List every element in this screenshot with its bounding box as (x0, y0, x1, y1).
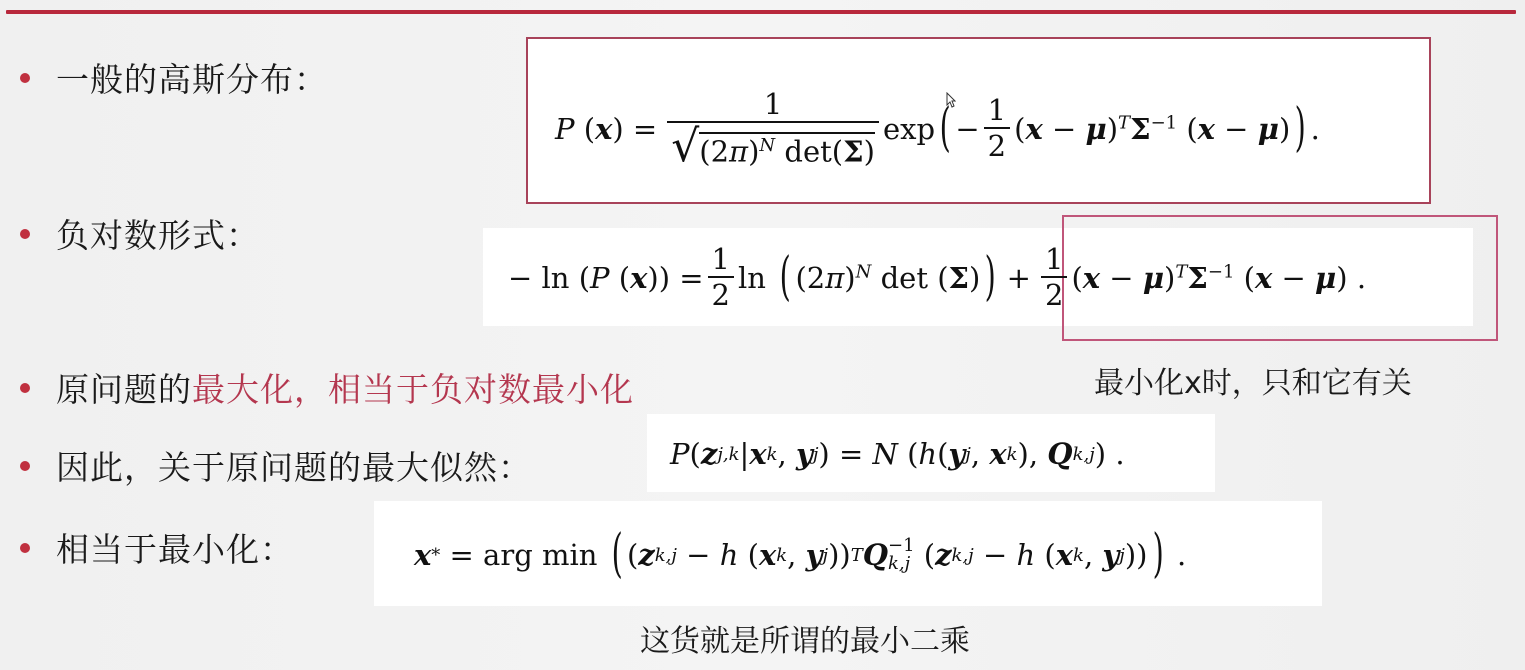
bullet-gaussian: 一般的高斯分布： (20, 54, 328, 101)
likelihood-formula: P(zj,k|xk, yj) = N (h(yj, xk), Qk,j) . (670, 430, 1125, 478)
bullet-neg-log: 负对数形式： (20, 210, 260, 257)
bullet-dot-icon (20, 73, 30, 83)
least-squares-note: 这货就是所谓的最小二乘 (640, 616, 970, 660)
title-divider (6, 10, 1516, 14)
bullet-dot-icon (20, 461, 30, 471)
bullet-label: 一般的高斯分布： (56, 54, 328, 101)
bullet-dot-icon (20, 383, 30, 393)
bullet-label-highlight: 最大化，相当于负对数最小化 (192, 364, 634, 411)
bullet-dot-icon (20, 543, 30, 553)
bullet-minimize: 相当于最小化： (20, 524, 294, 571)
minimize-note: 最小化x时，只和它有关 (1094, 358, 1412, 402)
bullet-label: 因此，关于原问题的最大似然： (56, 442, 532, 489)
bullet-label: 负对数形式： (56, 210, 260, 257)
gaussian-normalizer: 1 √ (2π)N det(Σ) (667, 89, 879, 169)
gaussian-formula: P (x) = 1 √ (2π)N det(Σ) exp ( − 12 (x −… (555, 74, 1320, 184)
bullet-label-plain: 原问题的 (56, 364, 192, 411)
mouse-cursor-icon (946, 92, 956, 108)
bullet-dot-icon (20, 229, 30, 239)
bullet-label: 相当于最小化： (56, 524, 294, 571)
bullet-max-likelihood: 因此，关于原问题的最大似然： (20, 442, 532, 489)
bullet-maximize: 原问题的最大化，相当于负对数最小化 (20, 364, 634, 411)
argmin-formula: x* = arg min ( (zk,j − h (xk, yj))TQ−1k,… (414, 520, 1186, 590)
neg-log-formula: − ln (P (x)) = 12 ln ( (2π)N det (Σ) ) +… (508, 240, 1366, 316)
